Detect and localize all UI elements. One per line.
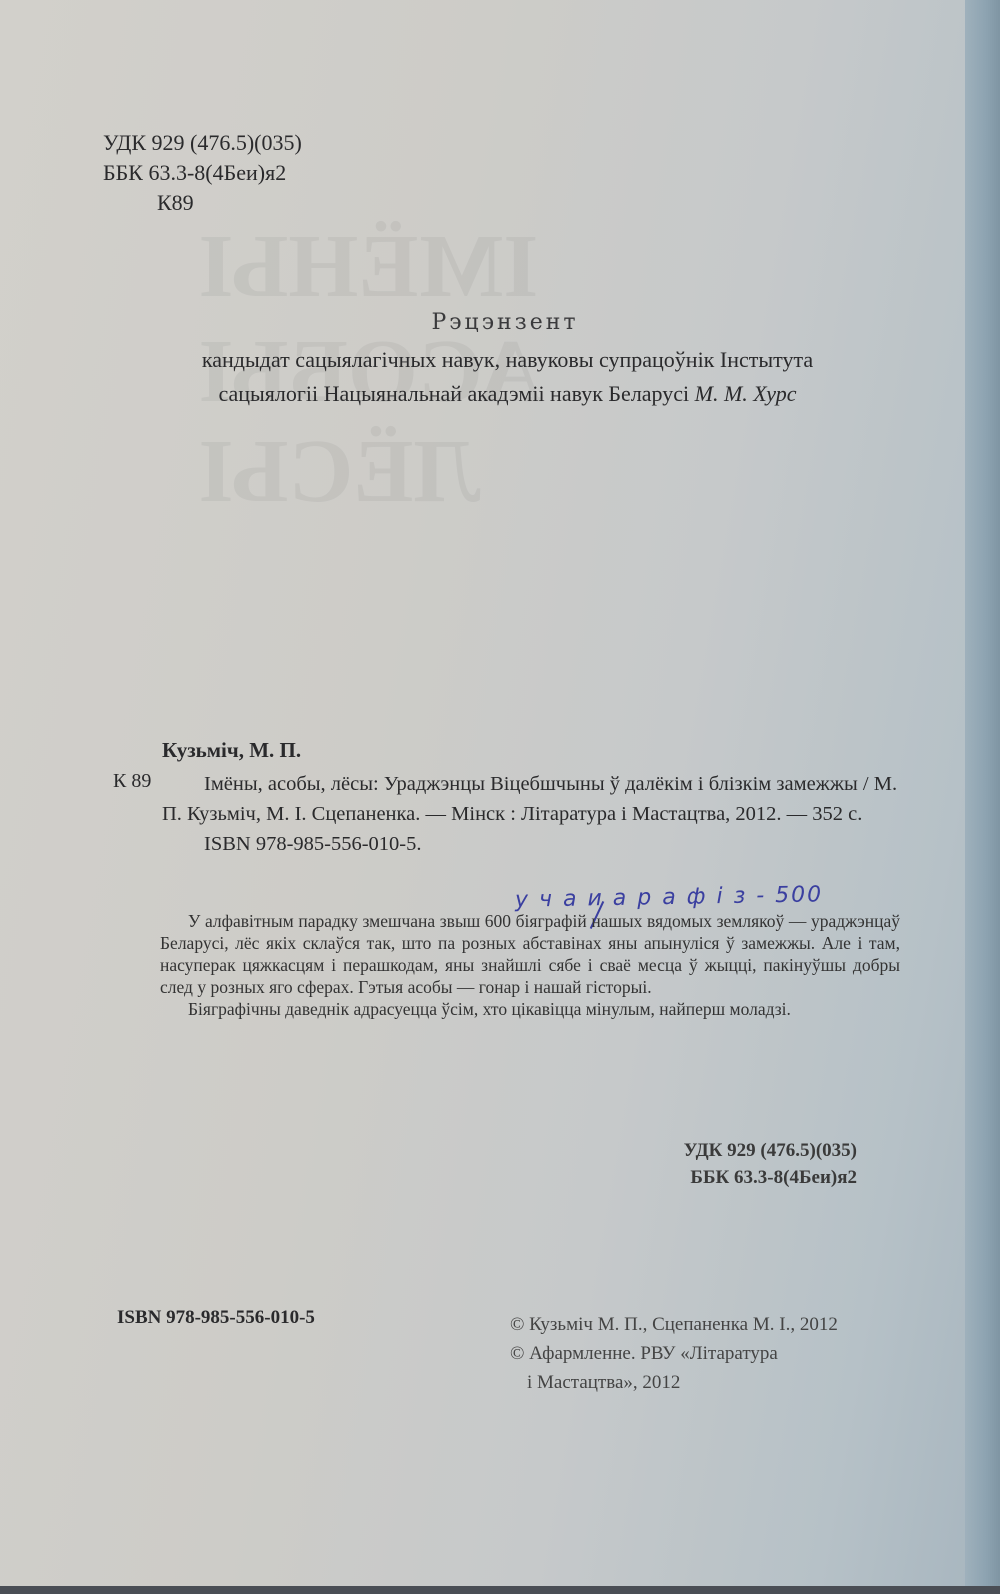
catalog-author: Кузьміч, М. П. — [162, 738, 301, 763]
annotation-paragraph-1: У алфавітным парадку змешчана звыш 600 б… — [160, 910, 900, 998]
bottom-shadow — [0, 1586, 1000, 1594]
copyright-block: © Кузьміч М. П., Сцепаненка М. І., 2012 … — [510, 1310, 838, 1397]
copyright-design: © Афармленне. РВУ «Літаратура — [510, 1339, 838, 1368]
bbk-code: ББК 63.3-8(4Беи)я2 — [103, 158, 302, 188]
udk-code: УДК 929 (476.5)(035) — [103, 128, 302, 158]
catalog-description: Імёны, асобы, лёсы: Ураджэнцы Віцебшчыны… — [162, 769, 902, 859]
reviewer-heading: Рэцэнзент — [0, 310, 1000, 335]
bbk-code-bottom: ББК 63.3-8(4Беи)я2 — [684, 1164, 857, 1191]
bibliographic-record: Імёны, асобы, лёсы: Ураджэнцы Віцебшчыны… — [162, 773, 897, 825]
copyright-publisher: і Мастацтва», 2012 — [510, 1368, 838, 1397]
reviewer-line-1: кандыдат сацыялагічных навук, навуковы с… — [0, 343, 1000, 377]
catalog-isbn: ISBN 978-985-556-010-5. — [162, 829, 902, 859]
catalog-code: К 89 — [113, 770, 151, 793]
classification-block-top: УДК 929 (476.5)(035) ББК 63.3-8(4Беи)я2 … — [103, 128, 302, 218]
annotation-paragraph-2: Біяграфічны даведнік адрасуецца ўсім, хт… — [160, 998, 900, 1020]
udk-code-bottom: УДК 929 (476.5)(035) — [684, 1137, 857, 1164]
reviewer-name: М. М. Хурс — [695, 381, 797, 406]
author-mark: К89 — [103, 188, 302, 218]
annotation: У алфавітным парадку змешчана звыш 600 б… — [160, 910, 900, 1020]
isbn-footer: ISBN 978-985-556-010-5 — [117, 1307, 315, 1329]
reviewer-description: кандыдат сацыялагічных навук, навуковы с… — [0, 343, 1000, 411]
show-through-text: ЛЁСЫ — [200, 420, 480, 523]
handwritten-note: у ч а и а р а ф і з - 500 — [515, 882, 824, 912]
copyright-authors: © Кузьміч М. П., Сцепаненка М. І., 2012 — [510, 1310, 838, 1339]
reviewer-line-2: сацыялогіі Нацыянальнай акадэміі навук Б… — [218, 381, 689, 406]
show-through-text: ІМЁНЫ — [200, 215, 538, 318]
page-edge — [965, 0, 1000, 1594]
book-page: ІМЁНЫ АСОБЫ ЛЁСЫ УДК 929 (476.5)(035) ББ… — [0, 0, 965, 1594]
classification-block-bottom: УДК 929 (476.5)(035) ББК 63.3-8(4Беи)я2 — [684, 1137, 857, 1191]
